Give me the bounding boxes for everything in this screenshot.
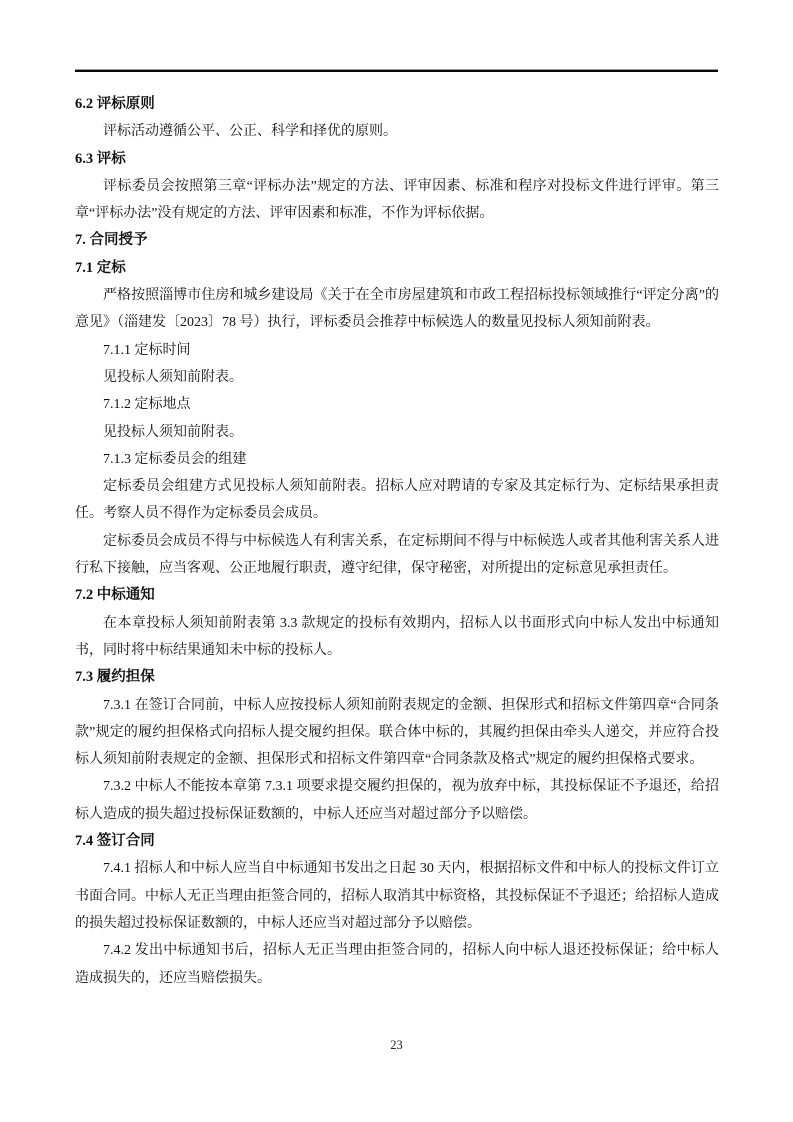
paragraph-7-1-3-b: 定标委员会成员不得与中标候选人有利害关系，在定标期间不得与中标候选人或者其他利害… <box>75 528 719 583</box>
subheading-7-1-3: 7.1.3 定标委员会的组建 <box>75 446 719 473</box>
document-page: 6.2 评标原则 评标活动遵循公平、公正、科学和择优的原则。 6.3 评标 评标… <box>0 0 793 1122</box>
subheading-7-1-2: 7.1.2 定标地点 <box>75 391 719 418</box>
subheading-7-1-1: 7.1.1 定标时间 <box>75 337 719 364</box>
document-body: 6.2 评标原则 评标活动遵循公平、公正、科学和择优的原则。 6.3 评标 评标… <box>75 91 719 992</box>
paragraph-7-1-3-a: 定标委员会组建方式见投标人须知前附表。招标人应对聘请的专家及其定标行为、定标结果… <box>75 473 719 528</box>
heading-7-4: 7.4 签订合同 <box>75 828 719 855</box>
paragraph-7-3-2: 7.3.2 中标人不能按本章第 7.3.1 项要求提交履约担保的，视为放弃中标，… <box>75 773 719 828</box>
heading-6-3: 6.3 评标 <box>75 146 719 173</box>
paragraph-7-1-body: 严格按照淄博市住房和城乡建设局《关于在全市房屋建筑和市政工程招标投标领域推行“评… <box>75 282 719 337</box>
page-number: 23 <box>0 1038 793 1053</box>
heading-6-2: 6.2 评标原则 <box>75 91 719 118</box>
header-rule <box>75 69 718 72</box>
paragraph-6-3-body: 评标委员会按照第三章“评标办法”规定的方法、评审因素、标准和程序对投标文件进行评… <box>75 173 719 228</box>
heading-7-2: 7.2 中标通知 <box>75 582 719 609</box>
paragraph-7-4-1: 7.4.1 招标人和中标人应当自中标通知书发出之日起 30 天内，根据招标文件和… <box>75 855 719 937</box>
paragraph-7-3-1: 7.3.1 在签订合同前，中标人应按投标人须知前附表规定的金额、担保形式和招标文… <box>75 692 719 774</box>
heading-7-3: 7.3 履约担保 <box>75 664 719 691</box>
heading-7-1: 7.1 定标 <box>75 255 719 282</box>
paragraph-7-1-2: 见投标人须知前附表。 <box>75 419 719 446</box>
paragraph-7-2-body: 在本章投标人须知前附表第 3.3 款规定的投标有效期内，招标人以书面形式向中标人… <box>75 610 719 665</box>
paragraph-7-1-1: 见投标人须知前附表。 <box>75 364 719 391</box>
heading-7: 7. 合同授予 <box>75 227 719 254</box>
paragraph-7-4-2: 7.4.2 发出中标通知书后，招标人无正当理由拒签合同的，招标人向中标人退还投标… <box>75 937 719 992</box>
paragraph-6-2-body: 评标活动遵循公平、公正、科学和择优的原则。 <box>75 118 719 145</box>
